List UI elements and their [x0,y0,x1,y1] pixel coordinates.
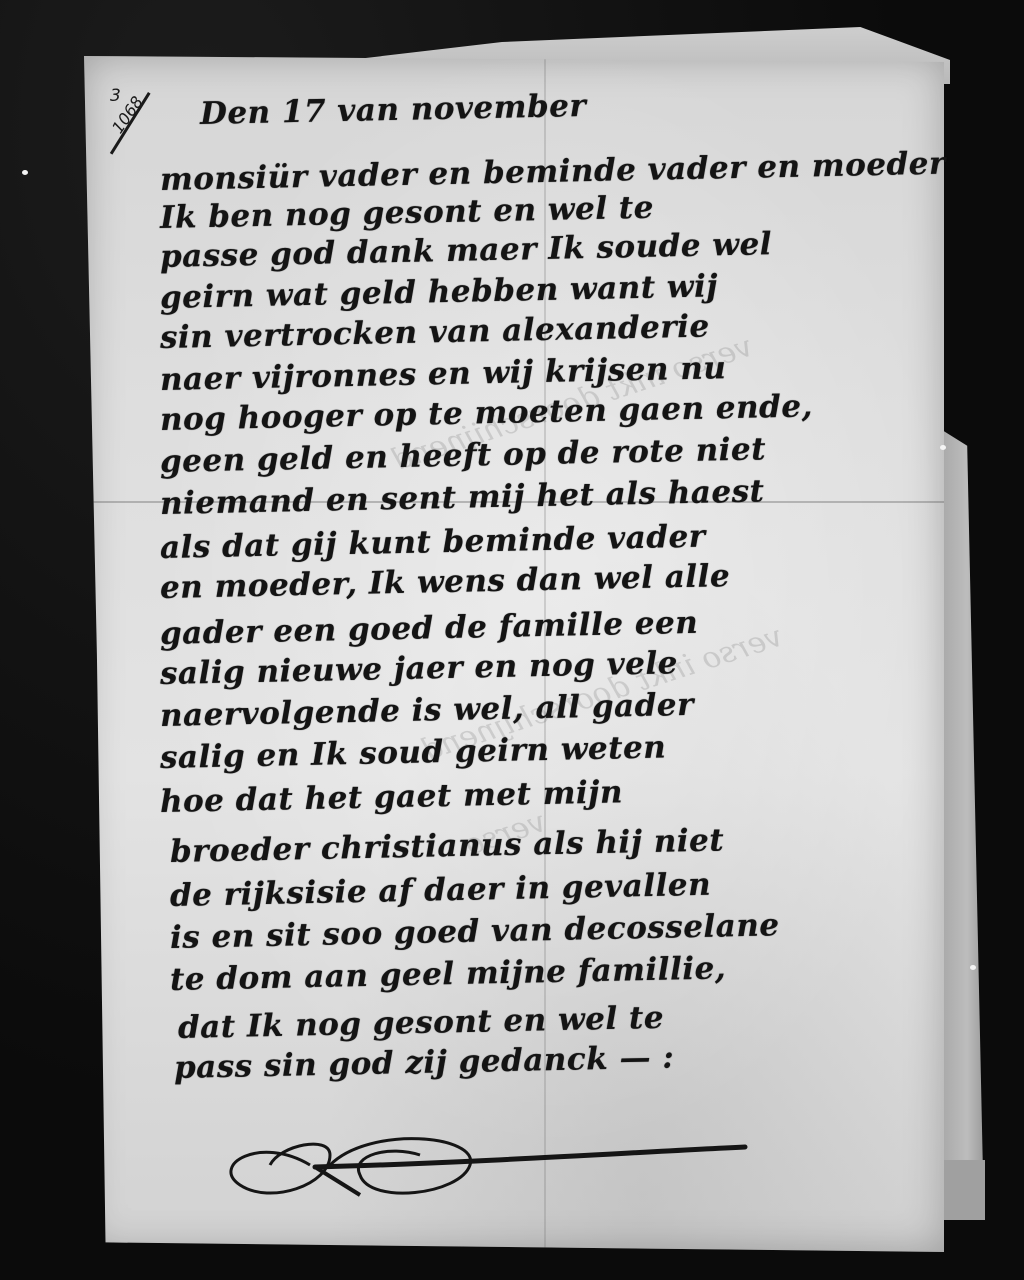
archive-number: 3 1068 [96,86,176,166]
scan-dust-speck [940,445,946,450]
scan-dust-speck [970,965,976,970]
archive-number-top: 3 [110,86,121,106]
scan-dust-speck [22,170,28,175]
back-sheet-bottom-fold [940,1160,985,1220]
signature-flourish [220,1125,760,1205]
